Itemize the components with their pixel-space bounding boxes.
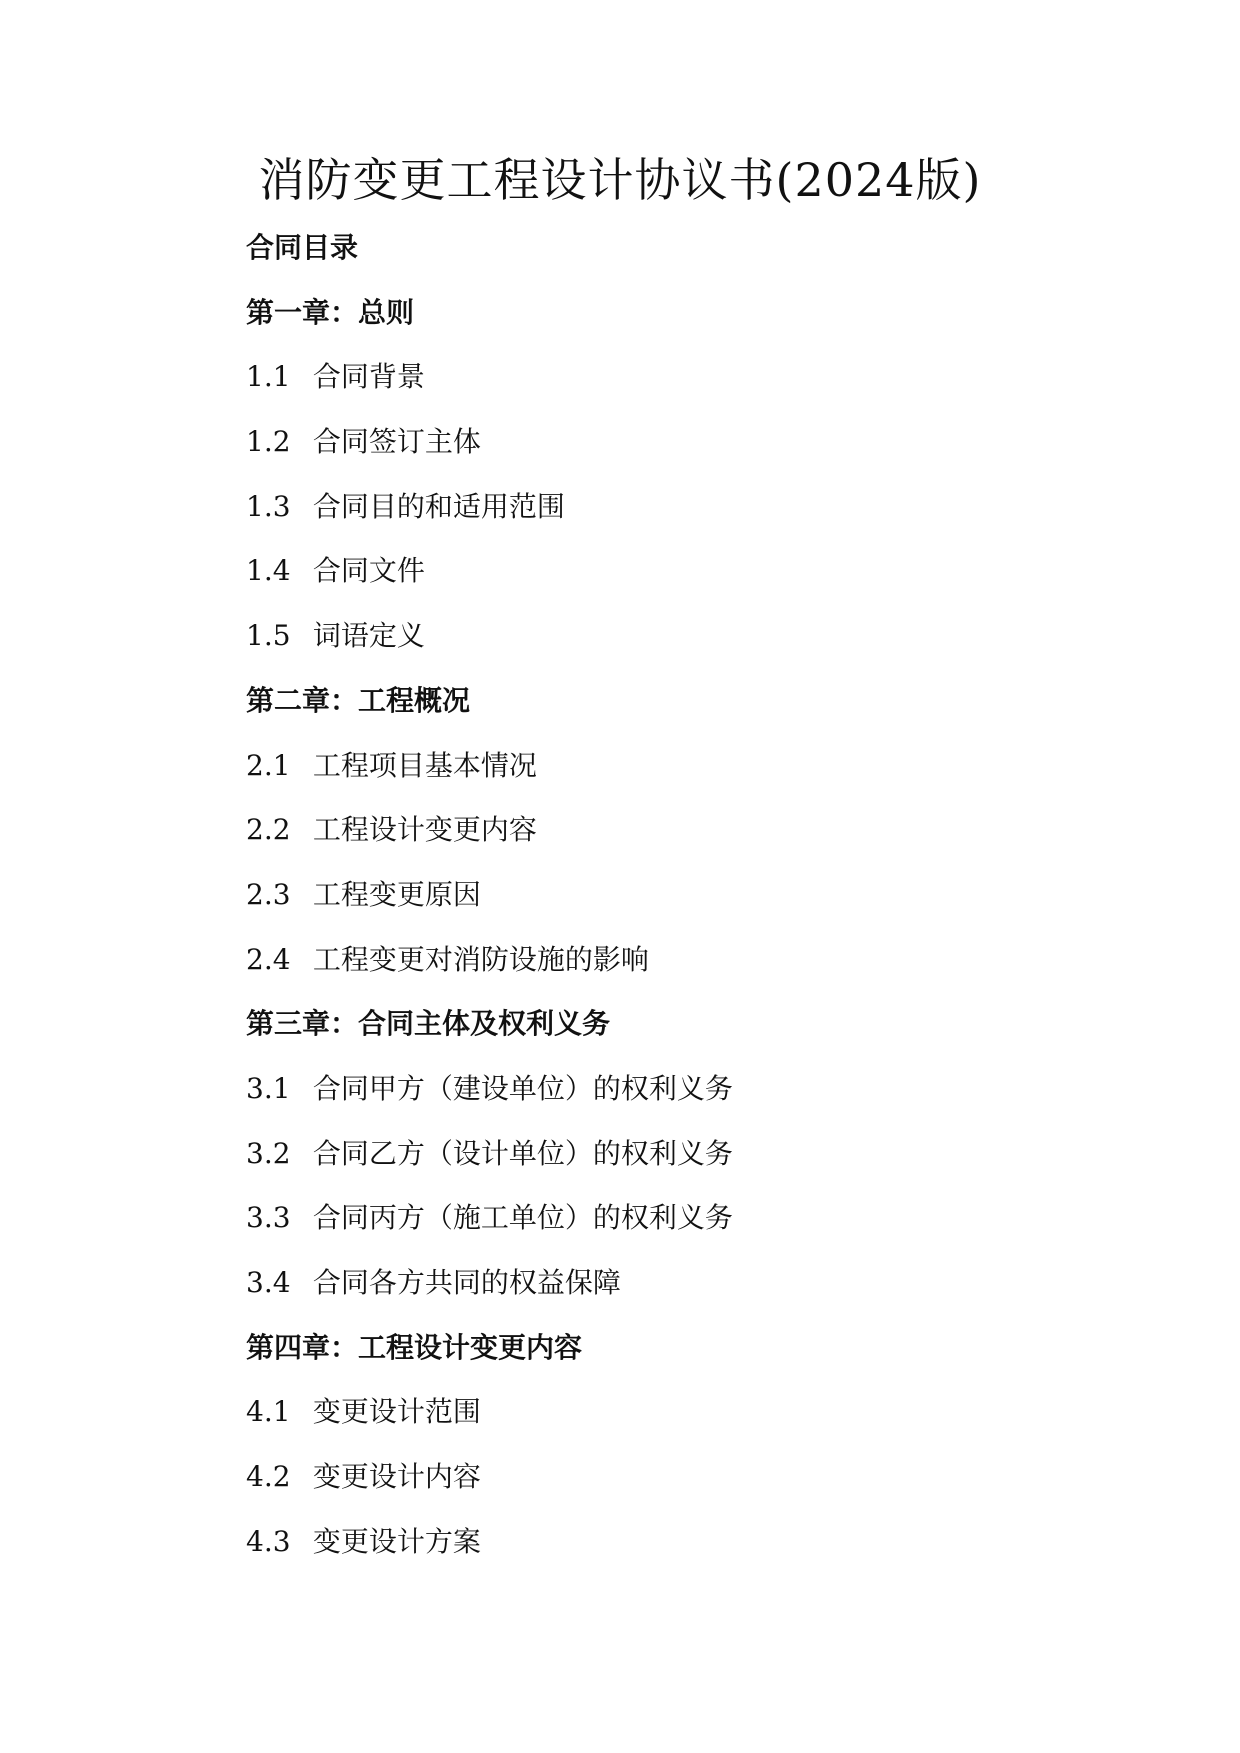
item-label: 合同签订主体 bbox=[313, 425, 481, 458]
item-number: 2.2 bbox=[246, 804, 304, 856]
toc-item: 4.2 变更设计内容 bbox=[246, 1451, 1146, 1516]
document-title: 消防变更工程设计协议书(2024版) bbox=[0, 152, 1240, 208]
item-label: 工程变更原因 bbox=[313, 878, 481, 911]
toc-item: 3.3 合同丙方（施工单位）的权利义务 bbox=[246, 1192, 1146, 1257]
chapter-heading: 第四章：工程设计变更内容 bbox=[246, 1322, 1146, 1387]
table-of-contents: 合同目录 第一章：总则 1.1 合同背景 1.2 合同签订主体 1.3 合同目的… bbox=[246, 222, 1146, 1580]
toc-item: 1.4 合同文件 bbox=[246, 545, 1146, 610]
item-label: 合同背景 bbox=[313, 360, 425, 393]
toc-item: 3.4 合同各方共同的权益保障 bbox=[246, 1257, 1146, 1322]
item-number: 1.5 bbox=[246, 610, 304, 662]
toc-item: 3.1 合同甲方（建设单位）的权利义务 bbox=[246, 1063, 1146, 1128]
item-label: 变更设计方案 bbox=[313, 1525, 481, 1558]
item-number: 1.1 bbox=[246, 351, 304, 403]
toc-item: 2.1 工程项目基本情况 bbox=[246, 740, 1146, 805]
item-label: 变更设计内容 bbox=[313, 1460, 481, 1493]
chapter-heading: 第三章：合同主体及权利义务 bbox=[246, 998, 1146, 1063]
toc-item: 4.1 变更设计范围 bbox=[246, 1386, 1146, 1451]
toc-item: 4.3 变更设计方案 bbox=[246, 1516, 1146, 1581]
toc-item: 2.4 工程变更对消防设施的影响 bbox=[246, 934, 1146, 999]
toc-item: 2.3 工程变更原因 bbox=[246, 869, 1146, 934]
item-number: 4.3 bbox=[246, 1516, 304, 1568]
item-number: 3.3 bbox=[246, 1192, 304, 1244]
item-number: 4.2 bbox=[246, 1451, 304, 1503]
item-label: 工程设计变更内容 bbox=[313, 813, 537, 846]
item-number: 1.3 bbox=[246, 481, 304, 533]
item-label: 合同目的和适用范围 bbox=[313, 490, 565, 523]
item-label: 合同乙方（设计单位）的权利义务 bbox=[313, 1137, 733, 1170]
item-label: 词语定义 bbox=[313, 619, 425, 652]
chapter-heading: 第二章：工程概况 bbox=[246, 675, 1146, 740]
item-label: 合同丙方（施工单位）的权利义务 bbox=[313, 1201, 733, 1234]
item-number: 4.1 bbox=[246, 1386, 304, 1438]
item-label: 工程项目基本情况 bbox=[313, 749, 537, 782]
item-number: 1.4 bbox=[246, 545, 304, 597]
item-label: 合同甲方（建设单位）的权利义务 bbox=[313, 1072, 733, 1105]
toc-item: 1.5 词语定义 bbox=[246, 610, 1146, 675]
toc-item: 1.1 合同背景 bbox=[246, 351, 1146, 416]
item-label: 合同文件 bbox=[313, 554, 425, 587]
item-label: 合同各方共同的权益保障 bbox=[313, 1266, 621, 1299]
toc-heading: 合同目录 bbox=[246, 222, 1146, 287]
item-label: 变更设计范围 bbox=[313, 1395, 481, 1428]
item-number: 1.2 bbox=[246, 416, 304, 468]
item-number: 2.1 bbox=[246, 740, 304, 792]
item-number: 2.4 bbox=[246, 934, 304, 986]
toc-item: 3.2 合同乙方（设计单位）的权利义务 bbox=[246, 1128, 1146, 1193]
item-label: 工程变更对消防设施的影响 bbox=[313, 943, 649, 976]
item-number: 3.2 bbox=[246, 1128, 304, 1180]
item-number: 2.3 bbox=[246, 869, 304, 921]
item-number: 3.1 bbox=[246, 1063, 304, 1115]
item-number: 3.4 bbox=[246, 1257, 304, 1309]
chapter-heading: 第一章：总则 bbox=[246, 287, 1146, 352]
toc-item: 1.3 合同目的和适用范围 bbox=[246, 481, 1146, 546]
document-page: 消防变更工程设计协议书(2024版) 合同目录 第一章：总则 1.1 合同背景 … bbox=[0, 0, 1240, 1753]
toc-item: 1.2 合同签订主体 bbox=[246, 416, 1146, 481]
toc-item: 2.2 工程设计变更内容 bbox=[246, 804, 1146, 869]
